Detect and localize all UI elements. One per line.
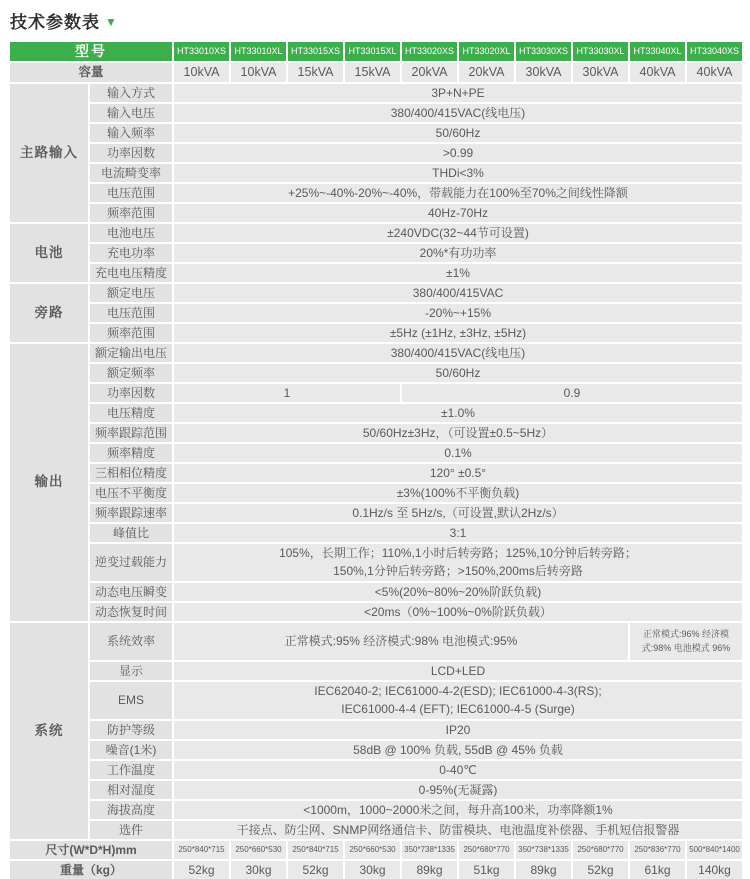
weight-cell: 61kg — [630, 861, 685, 879]
spec-value: 50/60Hz — [174, 124, 742, 142]
spec-value: <5%(20%~80%~20%阶跃负载) — [174, 583, 742, 601]
table-row: 容量10kVA10kVA15kVA15kVA20kVA20kVA30kVA30k… — [10, 63, 742, 82]
spec-value: 50/60Hz — [174, 364, 742, 382]
table-row: 功率因数>0.99 — [10, 144, 742, 162]
spec-value: 0.9 — [402, 384, 742, 402]
spec-value: 正常模式:96% 经济模式:98% 电池模式 96% — [630, 623, 742, 660]
spec-value: >0.99 — [174, 144, 742, 162]
table-row: 频率范围40Hz-70Hz — [10, 204, 742, 222]
table-row: 频率范围±5Hz (±1Hz, ±3Hz, ±5Hz) — [10, 324, 742, 342]
spec-value: ±3%(100%不平衡负载) — [174, 484, 742, 502]
model-header-cell: HT33020XL — [459, 42, 514, 61]
capacity-cell: 10kVA — [231, 63, 286, 82]
title-triangle-icon: ▼ — [105, 12, 117, 29]
table-row: 电压精度±1.0% — [10, 404, 742, 422]
spec-label: 频率范围 — [90, 204, 172, 222]
spec-value: 40Hz-70Hz — [174, 204, 742, 222]
spec-value: +25%~-40%-20%~-40%，带载能力在100%至70%之间线性降额 — [174, 184, 742, 202]
spec-value: ±1% — [174, 264, 742, 282]
table-row: 电压范围-20%~+15% — [10, 304, 742, 322]
table-row: 海拔高度<1000m，1000~2000米之间，每升高100米，功率降额1% — [10, 801, 742, 819]
capacity-cell: 40kVA — [687, 63, 742, 82]
capacity-cell: 30kVA — [516, 63, 571, 82]
spec-label: 频率跟踪速率 — [90, 504, 172, 522]
page-title: 技术参数表 — [10, 8, 100, 33]
spec-value: 120° ±0.5° — [174, 464, 742, 482]
spec-value: 1 — [174, 384, 400, 402]
capacity-cell: 40kVA — [630, 63, 685, 82]
spec-label: 电压不平衡度 — [90, 484, 172, 502]
model-header-cell: HT33030XL — [573, 42, 628, 61]
spec-label: 额定输出电压 — [90, 344, 172, 362]
capacity-cell: 10kVA — [174, 63, 229, 82]
spec-label: 电压精度 — [90, 404, 172, 422]
dimension-cell: 250*680*770 — [573, 841, 628, 859]
capacity-cell: 15kVA — [288, 63, 343, 82]
spec-label: 输入电压 — [90, 104, 172, 122]
table-row: 型号HT33010XSHT33010XLHT33015XSHT33015XLHT… — [10, 42, 742, 61]
spec-label: 功率因数 — [90, 144, 172, 162]
table-row: 输入频率50/60Hz — [10, 124, 742, 142]
spec-value: 105%，长期工作；110%,1小时后转旁路；125%,10分钟后转旁路；150… — [174, 544, 742, 581]
weight-cell: 51kg — [459, 861, 514, 879]
table-row: 功率因数10.9 — [10, 384, 742, 402]
weight-cell: 89kg — [402, 861, 457, 879]
spec-label: 频率跟踪范围 — [90, 424, 172, 442]
spec-value: 0.1Hz/s 至 5Hz/s,（可设置,默认2Hz/s） — [174, 504, 742, 522]
section-label: 系统 — [10, 623, 88, 839]
value-line: IEC62040-2; IEC61000-4-2(ESD); IEC61000-… — [175, 683, 741, 700]
spec-label: 额定电压 — [90, 284, 172, 302]
spec-label: 系统效率 — [90, 623, 172, 660]
spec-label: 输入方式 — [90, 84, 172, 102]
spec-value: 3P+N+PE — [174, 84, 742, 102]
spec-value: IEC62040-2; IEC61000-4-2(ESD); IEC61000-… — [174, 682, 742, 719]
table-row: 动态电压瞬变<5%(20%~80%~20%阶跃负载) — [10, 583, 742, 601]
table-row: 旁路额定电压380/400/415VAC — [10, 284, 742, 302]
table-row: 输出额定输出电压380/400/415VAC(线电压) — [10, 344, 742, 362]
spec-sheet-page: 技术参数表 ▼ 型号HT33010XSHT33010XLHT33015XSHT3… — [0, 0, 750, 879]
spec-label: 电压范围 — [90, 304, 172, 322]
model-header-cell: HT33015XL — [345, 42, 400, 61]
model-header-cell: HT33010XL — [231, 42, 286, 61]
spec-value: THDi<3% — [174, 164, 742, 182]
table-row: 选件干接点、防尘网、SNMP网络通信卡、防雷模块、电池温度补偿器、手机短信报警器 — [10, 821, 742, 839]
spec-value: 380/400/415VAC(线电压) — [174, 344, 742, 362]
dimension-cell: 500*840*1400 — [687, 841, 742, 859]
table-row: 主路输入输入方式3P+N+PE — [10, 84, 742, 102]
table-row: 相对湿度0-95%(无凝露) — [10, 781, 742, 799]
section-label: 输出 — [10, 344, 88, 621]
weight-cell: 52kg — [174, 861, 229, 879]
table-row: 电压不平衡度±3%(100%不平衡负载) — [10, 484, 742, 502]
spec-value: 58dB @ 100% 负载, 55dB @ 45% 负载 — [174, 741, 742, 759]
spec-value: 50/60Hz±3Hz，（可设置±0.5~5Hz） — [174, 424, 742, 442]
dimension-cell: 350*738*1335 — [516, 841, 571, 859]
section-label: 主路输入 — [10, 84, 88, 222]
spec-value: <1000m，1000~2000米之间，每升高100米，功率降额1% — [174, 801, 742, 819]
table-row: 输入电压380/400/415VAC(线电压) — [10, 104, 742, 122]
spec-label: 噪音(1米) — [90, 741, 172, 759]
spec-label: 功率因数 — [90, 384, 172, 402]
table-row: 电池电池电压±240VDC(32~44节可设置) — [10, 224, 742, 242]
spec-value: <20ms（0%~100%~0%阶跃负载） — [174, 603, 742, 621]
table-row: 电压范围+25%~-40%-20%~-40%，带载能力在100%至70%之间线性… — [10, 184, 742, 202]
model-header-cell: HT33020XS — [402, 42, 457, 61]
spec-value: 0-40℃ — [174, 761, 742, 779]
dimension-cell: 250*840*715 — [288, 841, 343, 859]
spec-label: 动态恢复时间 — [90, 603, 172, 621]
table-row: 频率跟踪速率0.1Hz/s 至 5Hz/s,（可设置,默认2Hz/s） — [10, 504, 742, 522]
spec-label: 三相相位精度 — [90, 464, 172, 482]
spec-value: ±5Hz (±1Hz, ±3Hz, ±5Hz) — [174, 324, 742, 342]
spec-table-body: 型号HT33010XSHT33010XLHT33015XSHT33015XLHT… — [10, 42, 742, 879]
spec-label: 输入频率 — [90, 124, 172, 142]
table-row: 显示LCD+LED — [10, 662, 742, 680]
spec-label: 频率精度 — [90, 444, 172, 462]
spec-label: 电池电压 — [90, 224, 172, 242]
model-header-cell: HT33040XS — [687, 42, 742, 61]
spec-label: 选件 — [90, 821, 172, 839]
table-row: 充电功率20%*有功功率 — [10, 244, 742, 262]
table-row: 工作温度0-40℃ — [10, 761, 742, 779]
dimension-cell: 350*738*1335 — [402, 841, 457, 859]
table-row: 额定频率50/60Hz — [10, 364, 742, 382]
spec-label: 显示 — [90, 662, 172, 680]
spec-value: 380/400/415VAC — [174, 284, 742, 302]
footer-row-label: 重量（kg） — [10, 861, 172, 879]
capacity-cell: 30kVA — [573, 63, 628, 82]
spec-value: 0.1% — [174, 444, 742, 462]
spec-label: 相对湿度 — [90, 781, 172, 799]
section-label: 旁路 — [10, 284, 88, 342]
table-row: 频率跟踪范围50/60Hz±3Hz，（可设置±0.5~5Hz） — [10, 424, 742, 442]
spec-label: 防护等级 — [90, 721, 172, 739]
weight-cell: 140kg — [687, 861, 742, 879]
table-row: 重量（kg）52kg30kg52kg30kg89kg51kg89kg52kg61… — [10, 861, 742, 879]
value-line: 105%，长期工作；110%,1小时后转旁路；125%,10分钟后转旁路； — [175, 545, 741, 562]
spec-label: 海拔高度 — [90, 801, 172, 819]
spec-label: EMS — [90, 682, 172, 719]
spec-value: ±240VDC(32~44节可设置) — [174, 224, 742, 242]
spec-label: 充电功率 — [90, 244, 172, 262]
weight-cell: 30kg — [231, 861, 286, 879]
spec-value: IP20 — [174, 721, 742, 739]
table-row: 三相相位精度120° ±0.5° — [10, 464, 742, 482]
weight-cell: 30kg — [345, 861, 400, 879]
spec-label: 频率范围 — [90, 324, 172, 342]
table-row: 系统系统效率正常模式:95% 经济模式:98% 电池模式:95%正常模式:96%… — [10, 623, 742, 660]
dimension-cell: 250*660*530 — [231, 841, 286, 859]
value-line: 150%,1分钟后转旁路；>150%,200ms后转旁路 — [175, 563, 741, 580]
value-line: IEC61000-4-4 (EFT); IEC61000-4-5 (Surge) — [175, 701, 741, 718]
table-row: 频率精度0.1% — [10, 444, 742, 462]
model-header-cell: HT33040XL — [630, 42, 685, 61]
spec-value: LCD+LED — [174, 662, 742, 680]
spec-label: 逆变过载能力 — [90, 544, 172, 581]
model-row-label: 型号 — [10, 42, 172, 61]
table-row: 逆变过载能力105%，长期工作；110%,1小时后转旁路；125%,10分钟后转… — [10, 544, 742, 581]
spec-label: 动态电压瞬变 — [90, 583, 172, 601]
table-row: EMSIEC62040-2; IEC61000-4-2(ESD); IEC610… — [10, 682, 742, 719]
weight-cell: 52kg — [573, 861, 628, 879]
spec-label: 电压范围 — [90, 184, 172, 202]
spec-label: 工作温度 — [90, 761, 172, 779]
weight-cell: 52kg — [288, 861, 343, 879]
dimension-cell: 250*680*770 — [459, 841, 514, 859]
dimension-cell: 250*660*530 — [345, 841, 400, 859]
capacity-cell: 20kVA — [402, 63, 457, 82]
page-title-bar: 技术参数表 ▼ — [10, 8, 744, 33]
spec-label: 峰值比 — [90, 524, 172, 542]
capacity-row-label: 容量 — [10, 63, 172, 82]
spec-value: 正常模式:95% 经济模式:98% 电池模式:95% — [174, 623, 628, 660]
spec-label: 额定频率 — [90, 364, 172, 382]
dimension-cell: 250*840*715 — [174, 841, 229, 859]
table-row: 电流畸变率THDi<3% — [10, 164, 742, 182]
capacity-cell: 20kVA — [459, 63, 514, 82]
table-row: 充电电压精度±1% — [10, 264, 742, 282]
spec-value: 0-95%(无凝露) — [174, 781, 742, 799]
footer-row-label: 尺寸(W*D*H)mm — [10, 841, 172, 859]
spec-value: 380/400/415VAC(线电压) — [174, 104, 742, 122]
spec-table: 型号HT33010XSHT33010XLHT33015XSHT33015XLHT… — [8, 40, 744, 879]
model-header-cell: HT33010XS — [174, 42, 229, 61]
model-header-cell: HT33030XS — [516, 42, 571, 61]
table-row: 防护等级IP20 — [10, 721, 742, 739]
dimension-cell: 250*836*770 — [630, 841, 685, 859]
table-row: 动态恢复时间<20ms（0%~100%~0%阶跃负载） — [10, 603, 742, 621]
capacity-cell: 15kVA — [345, 63, 400, 82]
spec-value: 干接点、防尘网、SNMP网络通信卡、防雷模块、电池温度补偿器、手机短信报警器 — [174, 821, 742, 839]
section-label: 电池 — [10, 224, 88, 282]
table-row: 尺寸(W*D*H)mm250*840*715250*660*530250*840… — [10, 841, 742, 859]
spec-value: 3:1 — [174, 524, 742, 542]
table-row: 峰值比3:1 — [10, 524, 742, 542]
spec-value: 20%*有功功率 — [174, 244, 742, 262]
spec-label: 电流畸变率 — [90, 164, 172, 182]
spec-label: 充电电压精度 — [90, 264, 172, 282]
spec-value: ±1.0% — [174, 404, 742, 422]
model-header-cell: HT33015XS — [288, 42, 343, 61]
weight-cell: 89kg — [516, 861, 571, 879]
table-row: 噪音(1米)58dB @ 100% 负载, 55dB @ 45% 负载 — [10, 741, 742, 759]
spec-value: -20%~+15% — [174, 304, 742, 322]
